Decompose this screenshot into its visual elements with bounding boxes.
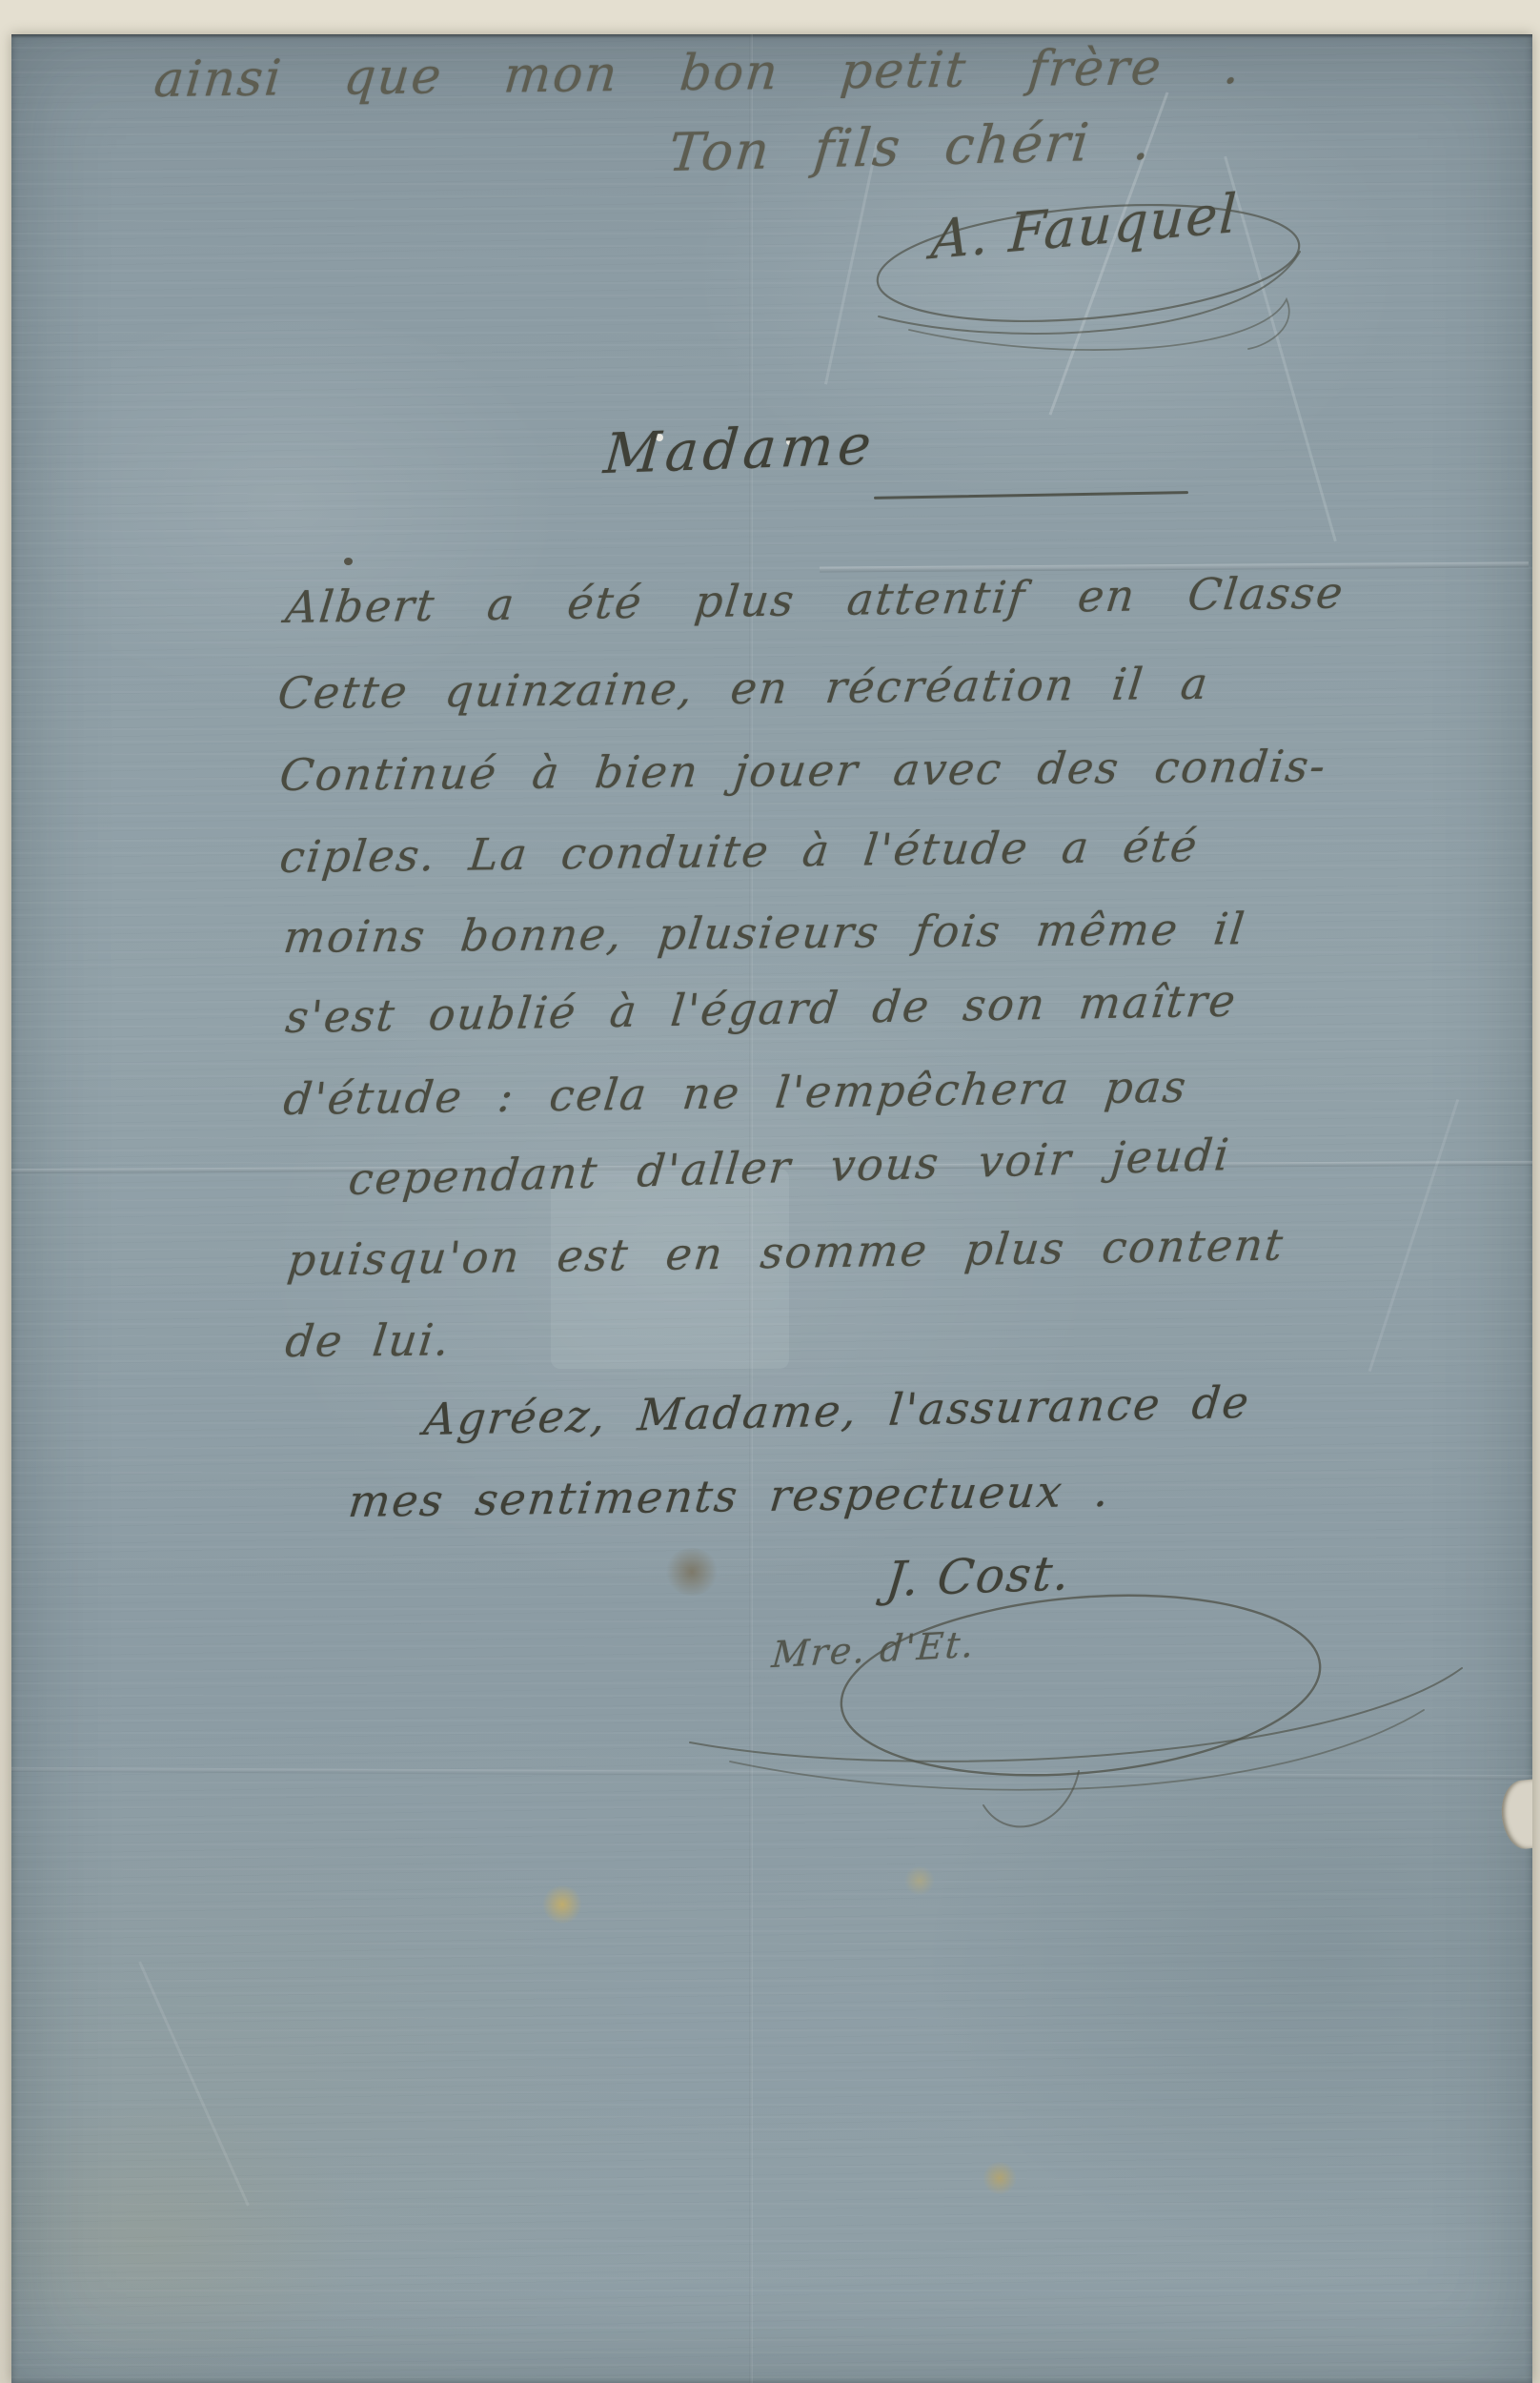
dark-speck [344, 558, 353, 565]
foxing-stain-2 [903, 1866, 936, 1895]
body-line: puisqu'on est en somme plus content [285, 1219, 1287, 1287]
prev-letter-signature: A. Fauquel [929, 183, 1240, 273]
body-line: de lui. [283, 1314, 454, 1367]
foxing-stain-3 [982, 2162, 1018, 2194]
fold-crease-vertical [749, 34, 753, 2383]
body-line: Cette quinzaine, en récréation il a [275, 658, 1212, 719]
body-line: Continué à bien jouer avec des condis- [277, 740, 1329, 801]
prev-letter-line-2: Ton fils chéri . [666, 111, 1155, 184]
torn-edge-notch [1498, 1779, 1532, 1851]
signature-paraph-note: Mre. d'Et. [770, 1623, 977, 1676]
prev-letter-line-1: ainsi que mon bon petit frère . [152, 38, 1244, 109]
body-line: Albert a été plus attentif en Classe [283, 566, 1347, 633]
closing-line-2: mes sentiments respectueux . [346, 1465, 1113, 1527]
closing-line-1: Agréez, Madame, l'assurance de [421, 1376, 1252, 1445]
letter-sheet: ainsi que mon bon petit frère . Ton fils… [11, 34, 1532, 2383]
paraph-flourish [669, 1556, 1489, 1851]
signature-j-cost: J. Cost. [883, 1545, 1074, 1607]
salutation-madame: Madame [601, 412, 879, 486]
foxing-stain-1 [541, 1885, 583, 1924]
paper-texture [11, 34, 1532, 2383]
fold-crease-horizontal-lower [11, 1767, 1532, 1780]
body-line: moins bonne, plusieurs fois même il [281, 903, 1248, 963]
ink-smudge [665, 1548, 719, 1596]
crease-diagonal-2 [1224, 156, 1337, 542]
body-line: cependant d'aller vous voir jeudi [346, 1129, 1232, 1205]
body-line: d'étude : cela ne l'empêchera pas [281, 1061, 1190, 1125]
salutation-flourish-tail [874, 491, 1188, 499]
crease-diagonal-4 [1368, 1099, 1460, 1372]
body-line: ciples. La conduite à l'étude a été [277, 820, 1201, 883]
paper-top-edge [11, 34, 1532, 38]
crease-diagonal-5 [138, 1961, 250, 2206]
body-line: s'est oublié à l'égard de son maître [283, 975, 1240, 1044]
